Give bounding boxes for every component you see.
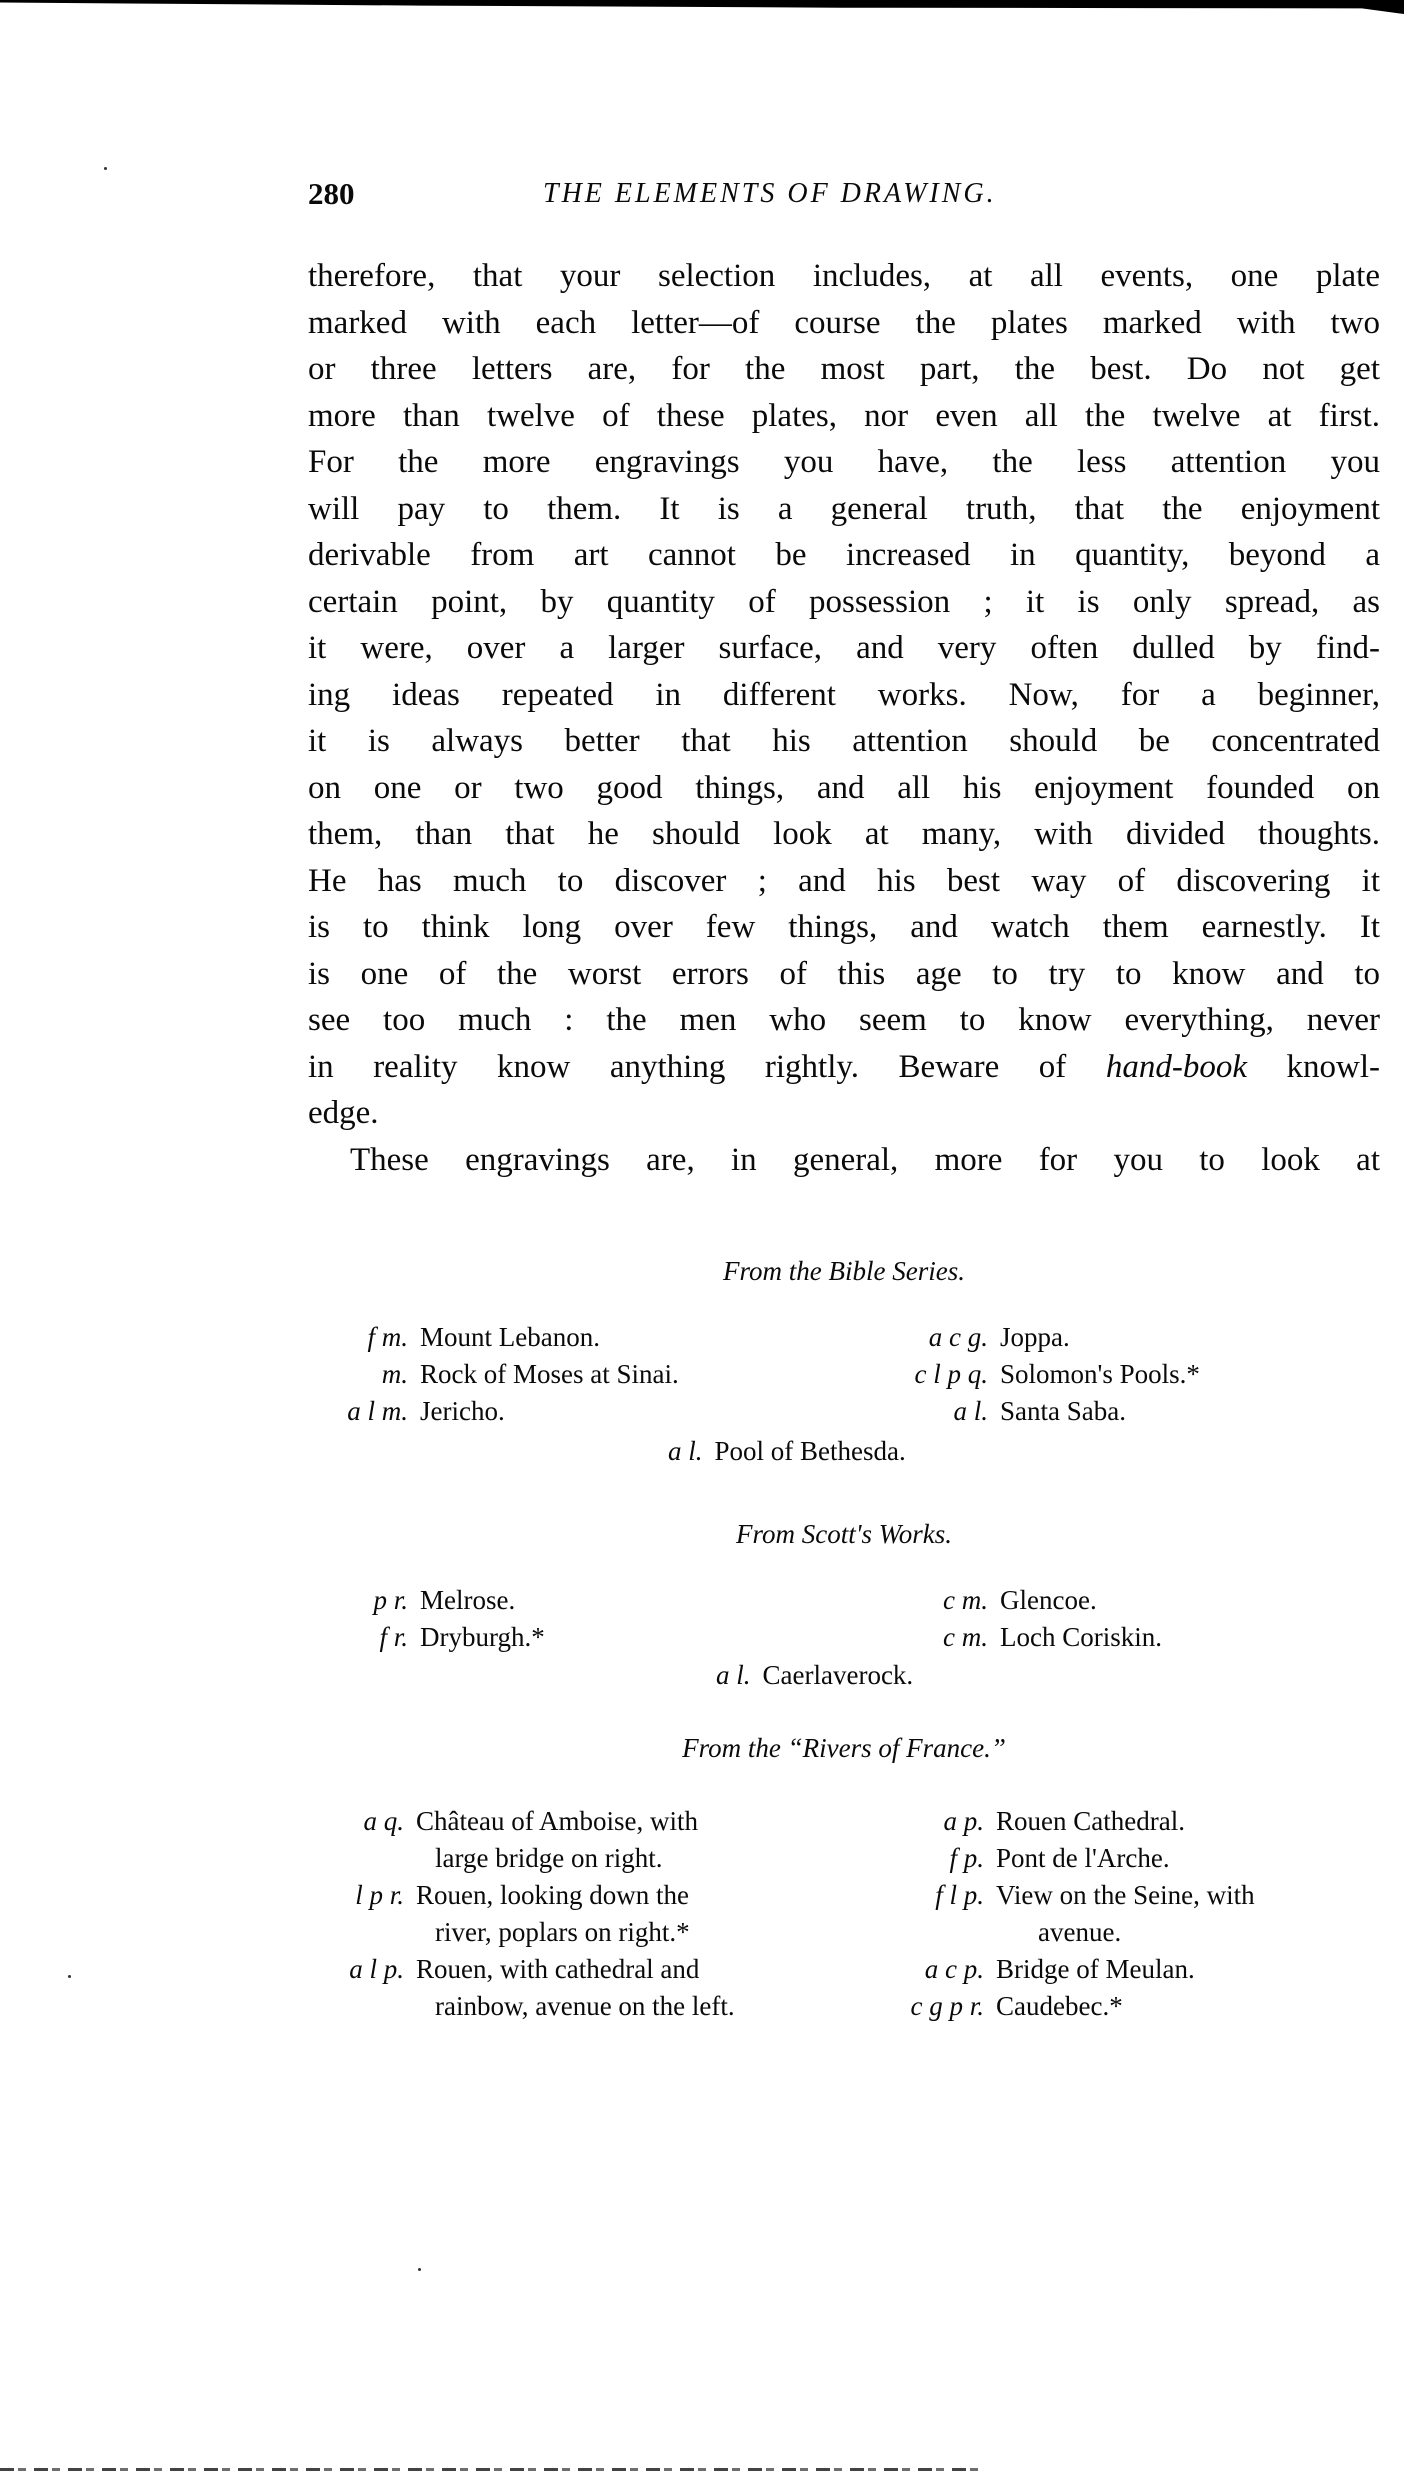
text-line: will pay to them. It is a general truth,… [308,486,1380,533]
text-line: it is always better that his attention s… [308,718,1380,765]
plate-title: Santa Saba. [1000,1396,1126,1427]
list-item-centered: a l.Pool of Bethesda. [668,1436,906,1467]
text-line: or three letters are, for the most part,… [308,346,1380,393]
list-item: l p r.Rouen, looking down the [300,1880,689,1911]
plate-title: Solomon's Pools.* [1000,1359,1200,1390]
plate-code: a l. [716,1660,751,1691]
list-item: c m.Glencoe. [860,1585,1097,1616]
plate-code: a c g. [860,1322,988,1353]
plate-code: f r. [300,1622,408,1653]
scan-speck [104,167,107,170]
plate-title: Mount Lebanon. [420,1322,600,1353]
plate-title: Caerlaverock. [763,1660,914,1691]
plate-code: f p. [858,1843,984,1874]
plate-title: Rouen Cathedral. [996,1806,1185,1837]
plate-title: Caudebec.* [996,1991,1123,2022]
plate-code: a p. [858,1806,984,1837]
book-title: THE ELEMENTS OF DRAWING. [543,178,997,210]
plate-title: Rouen, with cathedral and [416,1954,699,1985]
list-item: a p.Rouen Cathedral. [858,1806,1185,1837]
plate-title-continuation: river, poplars on right.* [435,1917,690,1948]
plate-title: Dryburgh.* [420,1622,545,1653]
text-line: derivable from art cannot be increased i… [308,532,1380,579]
plate-code: c m. [860,1622,988,1653]
list-item: p r.Melrose. [300,1585,515,1616]
page-number: 280 [308,176,355,212]
list-item: f p.Pont de l'Arche. [858,1843,1170,1874]
plate-code: a c p. [858,1954,984,1985]
text-line: it were, over a larger surface, and very… [308,625,1380,672]
text-line: marked with each letter—of course the pl… [308,300,1380,347]
list-item: m.Rock of Moses at Sinai. [300,1359,679,1390]
plate-code: f l p. [858,1880,984,1911]
text-line: ing ideas repeated in different works. N… [308,672,1380,719]
plate-code: f m. [300,1322,408,1353]
list-item: f m.Mount Lebanon. [300,1322,600,1353]
text-line: He has much to discover ; and his best w… [308,858,1380,905]
plate-title-continuation: rainbow, avenue on the left. [435,1991,735,2022]
plate-title-continuation: avenue. [1038,1917,1121,1948]
running-head: 280 THE ELEMENTS OF DRAWING. [308,176,1380,216]
plate-title: Rock of Moses at Sinai. [420,1359,679,1390]
scan-top-edge [0,0,1404,14]
text-line: on one or two good things, and all his e… [308,765,1380,812]
plate-code: l p r. [300,1880,404,1911]
list-item: c m.Loch Coriskin. [860,1622,1162,1653]
list-item: c l p q.Solomon's Pools.* [860,1359,1200,1390]
list-item: f l p.View on the Seine, with [858,1880,1255,1911]
plate-code: p r. [300,1585,408,1616]
plate-title: Bridge of Meulan. [996,1954,1195,1985]
plate-code: a q. [300,1806,404,1837]
list-item: a q.Château of Amboise, with [300,1806,698,1837]
plate-title: Rouen, looking down the [416,1880,689,1911]
text-line: see too much : the men who seem to know … [308,997,1380,1044]
plate-code: c m. [860,1585,988,1616]
text-line: For the more engravings you have, the le… [308,439,1380,486]
text-line: edge. [308,1090,1380,1137]
plate-code: c g p r. [858,1991,984,2022]
plate-title: Glencoe. [1000,1585,1097,1616]
text-line: more than twelve of these plates, nor ev… [308,393,1380,440]
plate-title: Pool of Bethesda. [715,1436,906,1467]
text-line: certain point, by quantity of possession… [308,579,1380,626]
plate-code: a l m. [300,1396,408,1427]
plate-title: View on the Seine, with [996,1880,1255,1911]
text-line: them, than that he should look at many, … [308,811,1380,858]
text-line: in reality know anything rightly. Beware… [308,1044,1380,1091]
scan-bottom-edge [0,2468,980,2471]
section-heading-rivers: From the “Rivers of France.” [308,1733,1380,1764]
list-item: c g p r.Caudebec.* [858,1991,1123,2022]
list-item: f r.Dryburgh.* [300,1622,545,1653]
plate-code: a l. [668,1436,703,1467]
plate-title: Château of Amboise, with [416,1806,698,1837]
plate-code: c l p q. [860,1359,988,1390]
plate-code: a l. [860,1396,988,1427]
section-heading-scott: From Scott's Works. [308,1519,1380,1550]
scan-speck [418,2268,421,2271]
plate-code: m. [300,1359,408,1390]
list-item: a l p.Rouen, with cathedral and [300,1954,699,1985]
body-paragraph: therefore, that your selection includes,… [308,253,1380,1183]
list-item: a l m.Jericho. [300,1396,505,1427]
scan-speck [68,1975,71,1978]
plate-title: Joppa. [1000,1322,1070,1353]
list-item: a l.Santa Saba. [860,1396,1126,1427]
text-run: knowl- [1247,1049,1380,1085]
plate-title: Melrose. [420,1585,515,1616]
text-run: in reality know anything rightly. Beware… [308,1049,1106,1085]
list-item: a c g.Joppa. [860,1322,1070,1353]
plate-title: Pont de l'Arche. [996,1843,1170,1874]
text-line: is to think long over few things, and wa… [308,904,1380,951]
emphasis-hand-book: hand-book [1106,1049,1247,1085]
plate-title: Loch Coriskin. [1000,1622,1162,1653]
list-item-centered: a l.Caerlaverock. [716,1660,913,1691]
plate-title-continuation: large bridge on right. [435,1843,662,1874]
text-line: therefore, that your selection includes,… [308,253,1380,300]
section-heading-bible: From the Bible Series. [308,1256,1380,1287]
plate-title: Jericho. [420,1396,505,1427]
text-line: is one of the worst errors of this age t… [308,951,1380,998]
list-item: a c p.Bridge of Meulan. [858,1954,1195,1985]
paragraph-start-line: These engravings are, in general, more f… [308,1137,1380,1184]
plate-code: a l p. [300,1954,404,1985]
